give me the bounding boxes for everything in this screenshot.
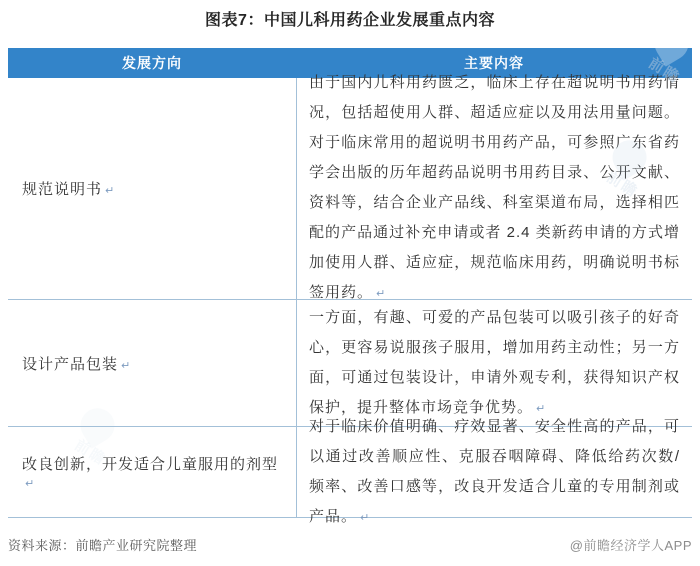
table-row: 规范说明书↵ 由于国内儿科用药匮乏，临床上存在超说明书用药情况，包括超使用人群、… xyxy=(8,78,692,300)
source-note: 资料来源：前瞻产业研究院整理 xyxy=(8,535,197,554)
column-header-direction: 发展方向 xyxy=(8,48,296,78)
cell-direction-1: 规范说明书↵ xyxy=(8,78,296,299)
paragraph-return-mark: ↵ xyxy=(121,359,130,372)
paragraph-return-mark: ↵ xyxy=(360,511,369,524)
watermark-credit: @前瞻经济学人APP xyxy=(570,535,692,554)
table-row: 改良创新，开发适合儿童服用的剂型↵ 对于临床价值明确、疗效显著、安全性高的产品，… xyxy=(8,427,692,518)
figure-title: 图表7：中国儿科用药企业发展重点内容 xyxy=(0,9,700,33)
paragraph-return-mark: ↵ xyxy=(105,184,114,197)
content-paragraph: 对于临床价值明确、疗效显著、安全性高的产品，可以通过改善顺应性、克服吞咽障碍、降… xyxy=(309,412,680,533)
cell-content-1: 由于国内儿科用药匮乏，临床上存在超说明书用药情况，包括超使用人群、超适应症以及用… xyxy=(296,78,692,299)
table-row: 设计产品包装↵ 一方面，有趣、可爱的产品包装可以吸引孩子的好奇心，更容易说服孩子… xyxy=(8,300,692,427)
cell-direction-3: 改良创新，开发适合儿童服用的剂型↵ xyxy=(8,427,296,517)
direction-text: 改良创新，开发适合儿童服用的剂型↵ xyxy=(22,453,290,491)
cell-content-3: 对于临床价值明确、疗效显著、安全性高的产品，可以通过改善顺应性、克服吞咽障碍、降… xyxy=(296,427,692,517)
figure-footer: 资料来源：前瞻产业研究院整理 @前瞻经济学人APP xyxy=(8,535,692,553)
paragraph-return-mark: ↵ xyxy=(25,477,34,490)
content-paragraph: 由于国内儿科用药匮乏，临床上存在超说明书用药情况，包括超使用人群、超适应症以及用… xyxy=(309,68,680,309)
figure-table-pediatric-drug-development: 图表7：中国儿科用药企业发展重点内容 发展方向 主要内容 规范说明书↵ 由于国内… xyxy=(0,0,700,566)
paragraph-return-mark: ↵ xyxy=(376,287,385,300)
direction-text: 设计产品包装↵ xyxy=(22,353,130,374)
data-table: 发展方向 主要内容 规范说明书↵ 由于国内儿科用药匮乏，临床上存在超说明书用药情… xyxy=(8,48,692,518)
cell-content-2: 一方面，有趣、可爱的产品包装可以吸引孩子的好奇心，更容易说服孩子服用，增加用药主… xyxy=(296,300,692,426)
content-paragraph: 一方面，有趣、可爱的产品包装可以吸引孩子的好奇心，更容易说服孩子服用，增加用药主… xyxy=(309,303,680,424)
direction-text: 规范说明书↵ xyxy=(22,178,114,199)
cell-direction-2: 设计产品包装↵ xyxy=(8,300,296,426)
